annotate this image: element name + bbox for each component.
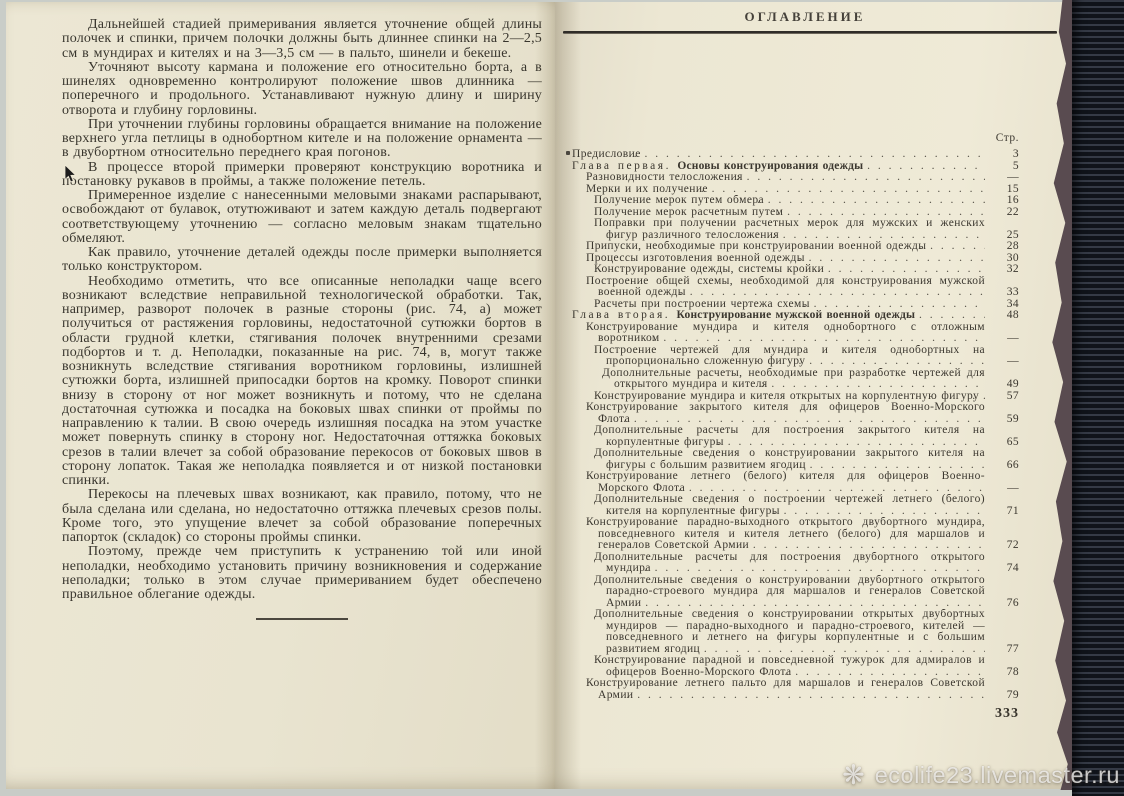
toc-entry-title: Построение общей схемы, необходимой для … [572, 276, 985, 299]
toc-entry-page: 66 [985, 460, 1019, 472]
toc-entry: Дополнительные расчеты, необходимые при … [572, 368, 1019, 391]
toc-entry-title: Построение чертежей для мундира и кителя… [572, 345, 985, 368]
toc-entry-title: Процессы изготовления военной одежды . .… [572, 253, 985, 265]
paragraph: Перекосы на плечевых швах возникают, как… [62, 488, 542, 545]
leader-dots: . . . . . . . . . . . . . . . . . . . . … [749, 540, 985, 552]
toc-entry-title: Дополнительные расчеты для построения за… [572, 425, 985, 448]
toc-entry-title: Мерки и их получение . . . . . . . . . .… [572, 184, 985, 196]
chapter-prefix: Глава вторая. [572, 310, 677, 321]
toc-entry-title: Конструирование летнего пальто для марша… [572, 678, 985, 701]
toc-entry-title: Конструирование мундира и кителя однобор… [572, 322, 985, 345]
toc-entry: Конструирование мундира и кителя открыты… [572, 391, 1019, 403]
toc-entry-page: 32 [985, 264, 1019, 276]
toc-entry-title: Получение мерок расчетным путем . . . . … [572, 207, 985, 219]
toc-entry: Конструирование летнего (белого) кителя … [572, 471, 1019, 494]
toc-entry-title: Дополнительные сведения о конструировани… [572, 448, 985, 471]
toc-entry: Конструирование одежды, системы кройки .… [572, 264, 1019, 276]
leader-dots: . . . . . . . . . . . . . . . . . . . . … [863, 161, 985, 173]
toc-entry-title: Расчеты при построении чертежа схемы . .… [572, 299, 985, 311]
toc-entry: Дополнительные сведения о конструировани… [572, 575, 1019, 610]
toc-entry-page: 59 [985, 414, 1019, 426]
left-page: Дальнейшей стадией примеривания является… [6, 2, 556, 789]
toc-entry: Конструирование мундира и кителя однобор… [572, 322, 1019, 345]
ink-speck [566, 151, 570, 155]
leader-dots: . . . . . . . . . . . . . . . . . . . . … [743, 172, 985, 184]
paragraph: Примеренное изделие с нанесенными меловы… [62, 189, 542, 246]
leader-dots: . . . . . . . . . . . . . . . . . . . . … [641, 598, 985, 610]
paragraph: Уточняют высоту кармана и положение его … [62, 61, 542, 118]
toc-entry: Поправки при получении расчетных мерок д… [572, 218, 1019, 241]
leader-dots: . . . . . . . . . . . . . . . . . . . . … [805, 253, 985, 265]
toc-entry-title: Глава вторая. Конструирование мужской во… [572, 310, 985, 322]
leader-dots: . . . . . . . . . . . . . . . . . . . . … [641, 149, 985, 161]
leader-dots: . . . . . . . . . . . . . . . . . . . . … [630, 414, 985, 426]
toc-entry: Процессы изготовления военной одежды . .… [572, 253, 1019, 265]
header-rule [563, 31, 1057, 34]
toc-entry: Конструирование летнего пальто для марша… [572, 678, 1019, 701]
toc-entry: Построение чертежей для мундира и кителя… [572, 345, 1019, 368]
toc-entry-title: Дополнительные расчеты, необходимые при … [572, 368, 985, 391]
leader-dots: . . . . . . . . . . . . . . . . . . . . … [791, 667, 985, 679]
toc-entry-title: Глава первая. Основы конструирования оде… [572, 161, 985, 173]
leader-dots: . . . . . . . . . . . . . . . . . . . . … [724, 437, 985, 449]
leader-dots: . . . . . . . . . . . . . . . . . . . . … [783, 207, 985, 219]
toc-entry: Мерки и их получение . . . . . . . . . .… [572, 184, 1019, 196]
paragraph: При уточнении глубины горловины обращает… [62, 118, 542, 161]
page-column-header: Стр. [572, 132, 1019, 144]
toc-entry-page: 71 [985, 506, 1019, 518]
toc-entry: Глава вторая. Конструирование мужской во… [572, 310, 1019, 322]
toc-entry-page: 72 [985, 540, 1019, 552]
paragraph: Поэтому, прежде чем приступить к устране… [62, 545, 542, 602]
left-page-text: Дальнейшей стадией примеривания является… [62, 18, 542, 620]
toc-entry-page: 57 [985, 391, 1019, 403]
toc-entry-title: Конструирование мундира и кителя открыты… [572, 391, 985, 403]
leader-dots: . . . . . . . . . . . . . . . . . . . . … [686, 287, 985, 299]
toc-entry-title: Дополнительные сведения о конструировани… [572, 609, 985, 655]
toc-entry-page: 74 [985, 563, 1019, 575]
toc-entry: Конструирование парадно-выходного открыт… [572, 517, 1019, 552]
toc-entry-title: Дополнительные сведения о конструировани… [572, 575, 985, 610]
book-scan: Дальнейшей стадией примеривания является… [0, 0, 1124, 796]
leader-dots: . . . . . . . . . . . . . . . . . . . . … [810, 299, 985, 311]
paragraph: В процессе второй примерки проверяют кон… [62, 161, 542, 190]
chapter-prefix: Глава первая. [572, 161, 677, 172]
toc-entry-title: Получение мерок путем обмера . . . . . .… [572, 195, 985, 207]
leader-dots: . . . . . . . . . . . . . . . . . . . . … [660, 333, 985, 345]
leader-dots: . . . . . . . . . . . . . . . . . . . . … [685, 483, 985, 495]
toc-entry-page: 3 [985, 149, 1019, 161]
toc-entry-page: 22 [985, 207, 1019, 219]
book-page-edges [1072, 0, 1124, 796]
leader-dots: . . . . . . . . . . . . . . . . . . . . … [779, 230, 985, 242]
leader-dots: . . . . . . . . . . . . . . . . . . . . … [979, 391, 985, 403]
toc-entry: Построение общей схемы, необходимой для … [572, 276, 1019, 299]
scan-bottom-edge [0, 790, 1072, 796]
toc-entry-title: Разновидности телосложения . . . . . . .… [572, 172, 985, 184]
toc-entry-page: 79 [985, 690, 1019, 702]
toc-entry-page: 33 [985, 287, 1019, 299]
toc-entry-page: 49 [985, 379, 1019, 391]
toc-entry: Дополнительные сведения о построении чер… [572, 494, 1019, 517]
toc-entry-title: Конструирование одежды, системы кройки .… [572, 264, 985, 276]
leader-dots: . . . . . . . . . . . . . . . . . . . . … [780, 506, 985, 518]
toc-entry-page: — [985, 356, 1019, 368]
section-divider [256, 618, 348, 620]
toc-entry-page: 78 [985, 667, 1019, 679]
toc-entry-title: Дополнительные сведения о построении чер… [572, 494, 985, 517]
toc-entries: Предисловие . . . . . . . . . . . . . . … [572, 149, 1019, 701]
toc-entry: Конструирование парадной и повседневной … [572, 655, 1019, 678]
toc-title: ОГЛАВЛЕНИЕ [585, 9, 1025, 25]
leader-dots: . . . . . . . . . . . . . . . . . . . . … [805, 356, 985, 368]
leader-dots: . . . . . . . . . . . . . . . . . . . . … [633, 690, 985, 702]
toc-entry: Разновидности телосложения . . . . . . .… [572, 172, 1019, 184]
leader-dots: . . . . . . . . . . . . . . . . . . . . … [824, 264, 985, 276]
toc-entry-title: Припуски, необходимые при конструировани… [572, 241, 985, 253]
toc-entry-title: Конструирование парадной и повседневной … [572, 655, 985, 678]
toc-entry-title: Конструирование парадно-выходного открыт… [572, 517, 985, 552]
toc-entry: Получение мерок путем обмера . . . . . .… [572, 195, 1019, 207]
page-number: 333 [572, 706, 1019, 722]
toc-entry-title: Конструирование закрытого кителя для офи… [572, 402, 985, 425]
toc-entry-title: Предисловие . . . . . . . . . . . . . . … [572, 149, 985, 161]
toc-entry-title: Конструирование летнего (белого) кителя … [572, 471, 985, 494]
toc-entry: Дополнительные сведения о конструировани… [572, 609, 1019, 655]
toc-entry-page: 76 [985, 598, 1019, 610]
toc-entry-page: — [985, 172, 1019, 184]
leader-dots: . . . . . . . . . . . . . . . . . . . . … [764, 195, 985, 207]
toc-entry-page: 48 [985, 310, 1019, 322]
toc-entry: Получение мерок расчетным путем . . . . … [572, 207, 1019, 219]
toc-entry: Дополнительные расчеты для построения за… [572, 425, 1019, 448]
toc-entry: Расчеты при построении чертежа схемы . .… [572, 299, 1019, 311]
toc-entry: Глава первая. Основы конструирования оде… [572, 161, 1019, 173]
paragraph: Дальнейшей стадией примеривания является… [62, 18, 542, 61]
toc-entry-page: 16 [985, 195, 1019, 207]
toc-entry-page: 77 [985, 644, 1019, 656]
toc-entry-title: Дополнительные расчеты для построения дв… [572, 552, 985, 575]
toc-entry: Конструирование закрытого кителя для офи… [572, 402, 1019, 425]
right-page: ОГЛАВЛЕНИЕ Стр. Предисловие . . . . . . … [555, 2, 1070, 789]
toc-entry: Предисловие . . . . . . . . . . . . . . … [572, 149, 1019, 161]
toc-entry: Припуски, необходимые при конструировани… [572, 241, 1019, 253]
leader-dots: . . . . . . . . . . . . . . . . . . . . … [915, 310, 985, 322]
toc-entry-title: Поправки при получении расчетных мерок д… [572, 218, 985, 241]
toc-entry: Дополнительные сведения о конструировани… [572, 448, 1019, 471]
mouse-cursor-icon [64, 165, 77, 183]
paragraph: Как правило, уточнение деталей одежды по… [62, 246, 542, 275]
toc-entry-page: — [985, 483, 1019, 495]
toc-entry-page: — [985, 333, 1019, 345]
leader-dots: . . . . . . . . . . . . . . . . . . . . … [768, 379, 985, 391]
leader-dots: . . . . . . . . . . . . . . . . . . . . … [700, 644, 985, 656]
toc-entry: Дополнительные расчеты для построения дв… [572, 552, 1019, 575]
toc-entry-page: 65 [985, 437, 1019, 449]
leader-dots: . . . . . . . . . . . . . . . . . . . . … [708, 184, 985, 196]
toc-entry-page: 28 [985, 241, 1019, 253]
leader-dots: . . . . . . . . . . . . . . . . . . . . … [651, 563, 985, 575]
leader-dots: . . . . . . . . . . . . . . . . . . . . … [926, 241, 985, 253]
leader-dots: . . . . . . . . . . . . . . . . . . . . … [806, 460, 985, 472]
paragraph: Необходимо отметить, что все описанные н… [62, 275, 542, 489]
